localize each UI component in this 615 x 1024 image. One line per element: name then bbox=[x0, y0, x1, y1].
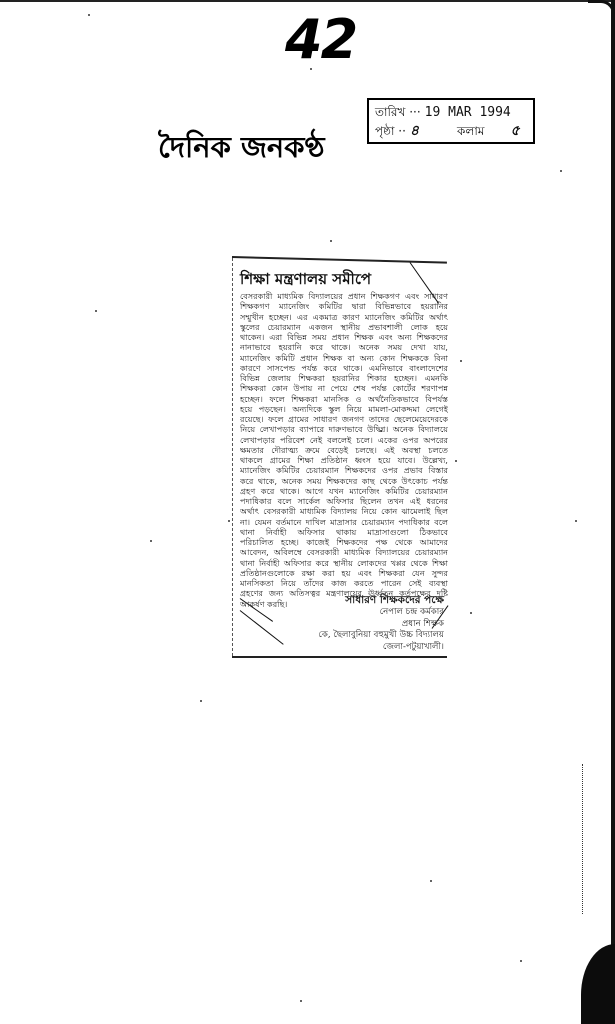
scan-speck bbox=[470, 612, 472, 614]
article-body-line: না। যেমন বর্তমানে দাখিল মাদ্রাসার চেয়ার… bbox=[240, 517, 448, 527]
torn-page-corner bbox=[581, 944, 615, 1024]
article-body-line: প্রতিষ্ঠানগুলোকে রক্ষা করা হয় এবং শিক্ষ… bbox=[240, 568, 448, 578]
scan-speck bbox=[228, 520, 230, 522]
article-body-line: গ্রহণ করে থাকে। আগে যখন ম্যানেজিং কমিটির… bbox=[240, 486, 448, 496]
date-label: তারিখ ··· bbox=[375, 103, 421, 121]
article-body-line: ম্যানেজিং কমিটির চেয়ারম্যান শিক্ষকদের ও… bbox=[240, 465, 448, 475]
scan-speck bbox=[560, 170, 562, 172]
article-body-line: হচ্ছেন। ফলে শিক্ষকরা মানসিক ও অর্থনৈতিকভ… bbox=[240, 394, 448, 404]
date-stamp: তারিখ ··· 19 MAR 1994 পৃষ্ঠা ·· ৪ কলাম ৫ bbox=[367, 98, 535, 144]
article-body-line: বিভিন্ন জেলায় শিক্ষকরা হয়রানির শিকার হ… bbox=[240, 373, 448, 383]
article-body-line: ম্যানেজিং কমিটি প্রধান শিক্ষক বা অন্য কো… bbox=[240, 353, 448, 363]
page-edge-top bbox=[0, 0, 615, 2]
scan-speck bbox=[310, 68, 312, 70]
article-body-line: অর্থাৎ বেসরকারী মাধ্যমিক বিদ্যালয় নিয়ে… bbox=[240, 506, 448, 516]
signature-institution: কে, ছৈলাবুনিয়া বহুমুখী উচ্চ বিদ্যালয় bbox=[280, 630, 444, 642]
article-body-line: ক্ষমতার দৌরাত্ম্য ক্রমে বেড়েই চলছে। এই … bbox=[240, 445, 448, 455]
article-body-line: হয়ে পড়ছেন। অন্যদিকে স্কুল নিয়ে মামলা-… bbox=[240, 404, 448, 414]
article-body-line: শিক্ষকগণ ম্যানেজিং কমিটির দ্বারা বিভিন্ন… bbox=[240, 301, 448, 311]
handwritten-page-number: 42 bbox=[285, 8, 356, 71]
article-body: বেসরকারী মাধ্যমিক বিদ্যালয়ের প্রধান শিক… bbox=[240, 291, 448, 609]
scan-speck bbox=[88, 14, 90, 16]
signature-name: নেপাল চন্দ্র কর্মকার bbox=[280, 607, 444, 619]
signature-designation: প্রধান শিক্ষক bbox=[280, 619, 444, 631]
date-value: 19 MAR 1994 bbox=[425, 104, 511, 122]
page-value: ৪ bbox=[410, 122, 419, 140]
scan-speck bbox=[150, 540, 152, 542]
article-body-line: সম্মুখীন হচ্ছেন। এর একমাত্র কারণ ম্যানেজ… bbox=[240, 312, 448, 322]
page-column-row: পৃষ্ঠা ·· ৪ কলাম ৫ bbox=[375, 122, 527, 140]
scan-speck bbox=[380, 430, 382, 432]
article-body-line: রয়েছে। ফলে গ্রামের সাধারণ জনগণ তাদের ছে… bbox=[240, 414, 448, 424]
article-body-line: লেখাপড়ার পরিবেশ নেই বললেই চলে। একের ওপর… bbox=[240, 435, 448, 445]
page-edge-right bbox=[611, 0, 615, 1024]
page-label: পৃষ্ঠা ·· bbox=[375, 122, 406, 140]
scan-speck bbox=[575, 520, 577, 522]
scan-speck bbox=[520, 960, 522, 962]
article-body-line: স্কুলের চেয়ারম্যান একজন স্থানীয় প্রভাব… bbox=[240, 322, 448, 332]
article-headline: শিক্ষা মন্ত্রণালয় সমীপে bbox=[240, 268, 371, 293]
article-body-line: থাকেন। এরা বিভিন্ন সময় প্রধান শিক্ষক এব… bbox=[240, 332, 448, 342]
scan-speck bbox=[460, 360, 462, 362]
article-body-line: করে থাকে, অনেক সময় শিক্ষকদের কাছ থেকে উ… bbox=[240, 476, 448, 486]
article-body-line: থানা নির্বাহী অফিসার থাকায় মাদ্রাসাগুলো… bbox=[240, 527, 448, 537]
article-body-line: আবেদন, অবিলম্বে বেসরকারী মাধ্যমিক বিদ্যা… bbox=[240, 547, 448, 557]
article-body-line: পদাধিকার বলে সার্কেল অফিসার ছিলেন তখন এই… bbox=[240, 496, 448, 506]
article-body-line: পরিচালিত হচ্ছে। কাজেই শিক্ষকদের পক্ষ থেক… bbox=[240, 537, 448, 547]
signature-district: জেলা-পটুয়াখালী। bbox=[280, 642, 444, 654]
scan-speck bbox=[330, 240, 332, 242]
article-body-line: নিয়ে লেখাপড়ার ব্যাপারে দারুণভাবে উদ্বি… bbox=[240, 424, 448, 434]
scan-speck bbox=[95, 310, 97, 312]
scan-speck bbox=[200, 700, 202, 702]
signature-heading: সাধারণ শিক্ষকদের পক্ষে bbox=[280, 593, 444, 607]
article-body-line: থানা নির্বাহী অফিসার করে স্থানীয় লোকদের… bbox=[240, 558, 448, 568]
clipping-bottom-edge bbox=[232, 656, 447, 658]
article-body-line: থাকলে গ্রামের শিক্ষা প্রতিষ্ঠান ধ্বংস হয… bbox=[240, 455, 448, 465]
article-body-line: মানসিকতা নিয়ে তাঁদের কাজ করতে পারেন সেই… bbox=[240, 578, 448, 588]
scan-speck bbox=[430, 880, 432, 882]
article-body-line: শিক্ষকরা কোন উপায় না পেয়ে শেষ পর্যন্ত … bbox=[240, 383, 448, 393]
article-body-line: বেসরকারী মাধ্যমিক বিদ্যালয়ের প্রধান শিক… bbox=[240, 291, 448, 301]
article-body-line: নানাভাবে হয়রানি করে থাকে। অনেক সময় দেখ… bbox=[240, 342, 448, 352]
scan-speck bbox=[455, 460, 457, 462]
column-label: কলাম bbox=[457, 122, 484, 140]
article-signature: সাধারণ শিক্ষকদের পক্ষে নেপাল চন্দ্র কর্ম… bbox=[280, 593, 444, 653]
article-body-line: কারণে সাসপেন্ড পর্যন্ত করে থাকে। এমনিভাব… bbox=[240, 363, 448, 373]
scan-speck bbox=[300, 1000, 302, 1002]
column-value: ৫ bbox=[510, 122, 519, 140]
date-row: তারিখ ··· 19 MAR 1994 bbox=[375, 103, 527, 122]
page-tear-mark bbox=[582, 764, 595, 914]
newspaper-masthead: দৈনিক জনকণ্ঠ bbox=[158, 125, 325, 174]
